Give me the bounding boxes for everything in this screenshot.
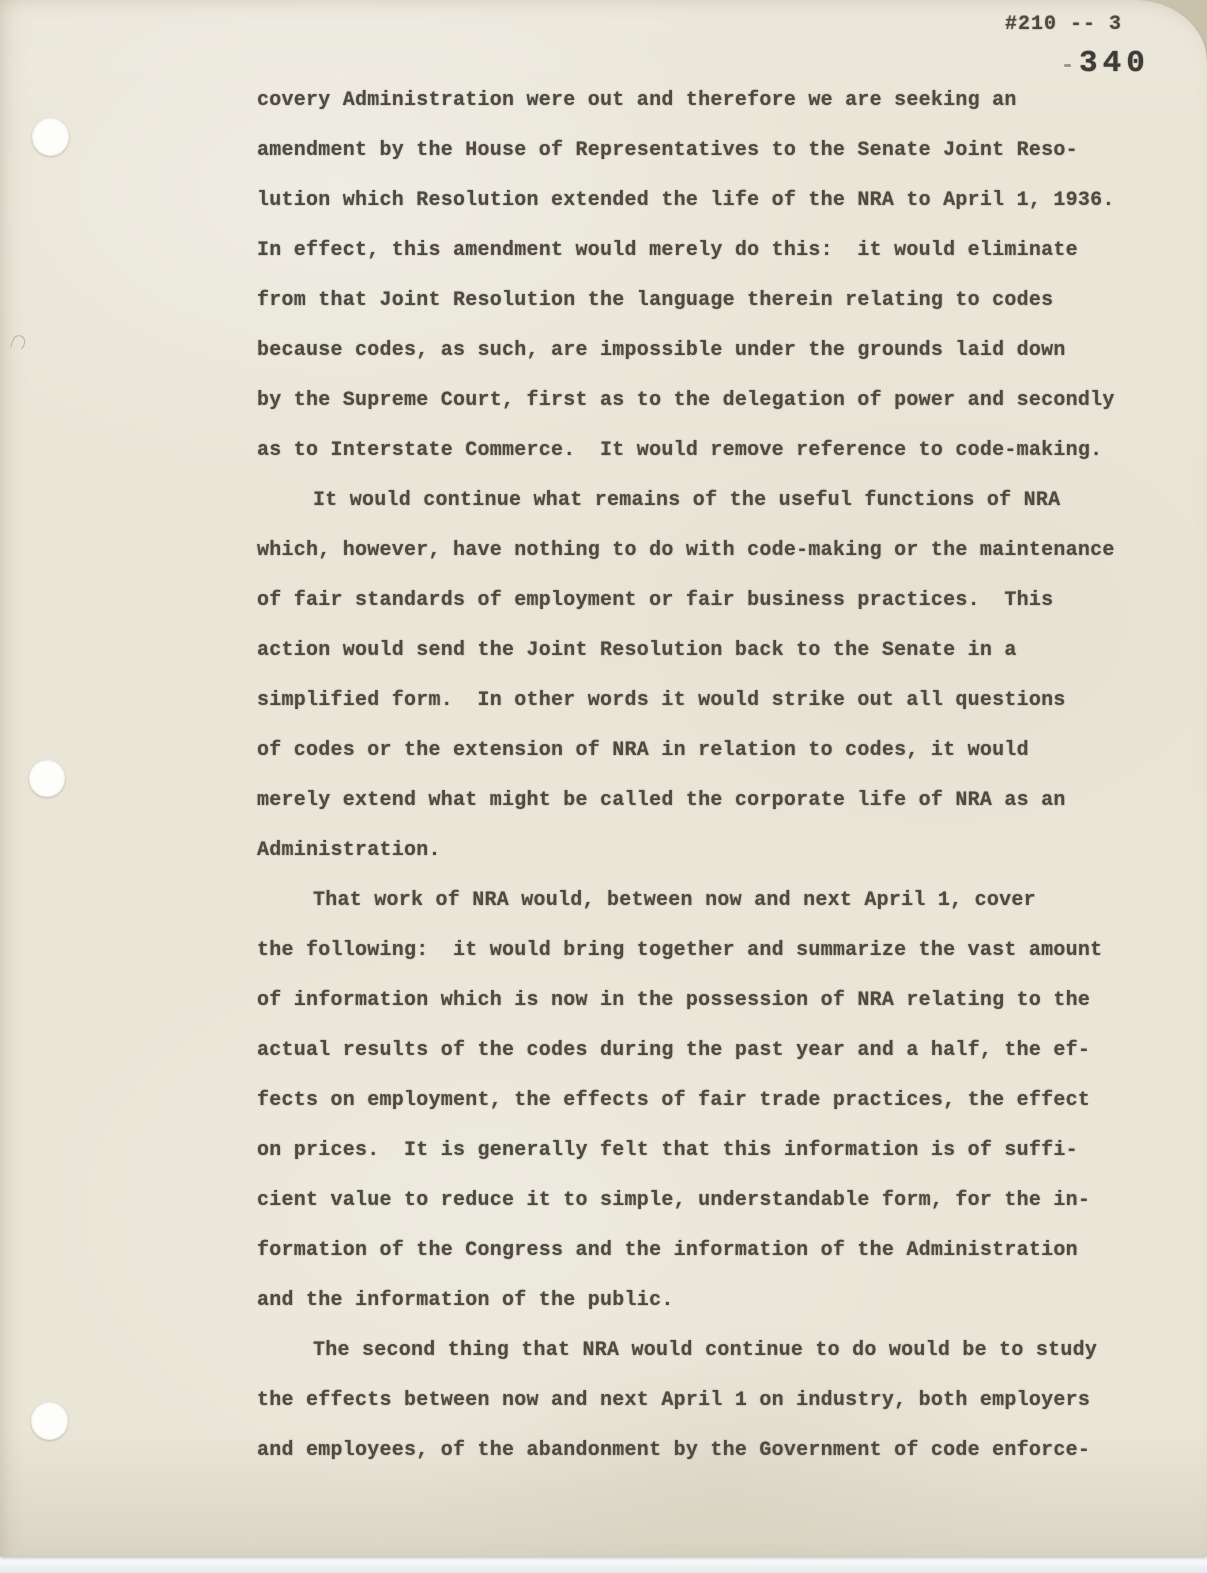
text-line: because codes, as such, are impossible u… [257, 326, 1157, 376]
punch-hole-bottom [31, 1402, 68, 1440]
punch-hole-top [32, 118, 69, 156]
text-line: from that Joint Resolution the language … [257, 276, 1157, 326]
text-body: covery Administration were out and there… [257, 76, 1157, 1476]
text-line: cient value to reduce it to simple, unde… [257, 1176, 1157, 1226]
text-line: merely extend what might be called the c… [257, 776, 1157, 826]
text-line: and the information of the public. [257, 1276, 1157, 1326]
scanned-document: { "page": { "header_ref": "#210 -- 3", "… [0, 0, 1207, 1573]
text-line: amendment by the House of Representative… [257, 126, 1157, 176]
text-line: as to Interstate Commerce. It would remo… [257, 426, 1157, 476]
text-line: Administration. [257, 826, 1157, 876]
punch-hole-middle [29, 760, 65, 797]
text-line: the following: it would bring together a… [257, 926, 1157, 976]
text-line: simplified form. In other words it would… [257, 676, 1157, 726]
text-line: lution which Resolution extended the lif… [257, 176, 1157, 226]
text-line: actual results of the codes during the p… [257, 1026, 1157, 1076]
text-line: action would send the Joint Resolution b… [257, 626, 1157, 676]
text-line: of fair standards of employment or fair … [257, 576, 1157, 626]
text-line: the effects between now and next April 1… [257, 1376, 1157, 1426]
transcript-reference-number: #210 -- 3 [1005, 13, 1122, 36]
scan-bed-strip [0, 1553, 1207, 1573]
text-line: on prices. It is generally felt that thi… [257, 1126, 1157, 1176]
text-line: The second thing that NRA would continue… [257, 1326, 1157, 1376]
text-line: by the Supreme Court, first as to the de… [257, 376, 1157, 426]
document-page: #210 -- 3 340 covery Administration were… [0, 0, 1207, 1556]
text-line: fects on employment, the effects of fair… [257, 1076, 1157, 1126]
text-line: In effect, this amendment would merely d… [257, 226, 1157, 276]
text-line: which, however, have nothing to do with … [257, 526, 1157, 576]
pencil-squiggle-mark [10, 333, 27, 351]
text-line: of information which is now in the posse… [257, 976, 1157, 1026]
text-line: It would continue what remains of the us… [257, 476, 1157, 526]
text-line: covery Administration were out and there… [257, 76, 1157, 126]
text-line: formation of the Congress and the inform… [257, 1226, 1157, 1276]
text-line: and employees, of the abandonment by the… [257, 1426, 1157, 1476]
text-line: of codes or the extension of NRA in rela… [257, 726, 1157, 776]
text-line: That work of NRA would, between now and … [257, 876, 1157, 926]
stamp-dot-mark [1064, 64, 1071, 67]
